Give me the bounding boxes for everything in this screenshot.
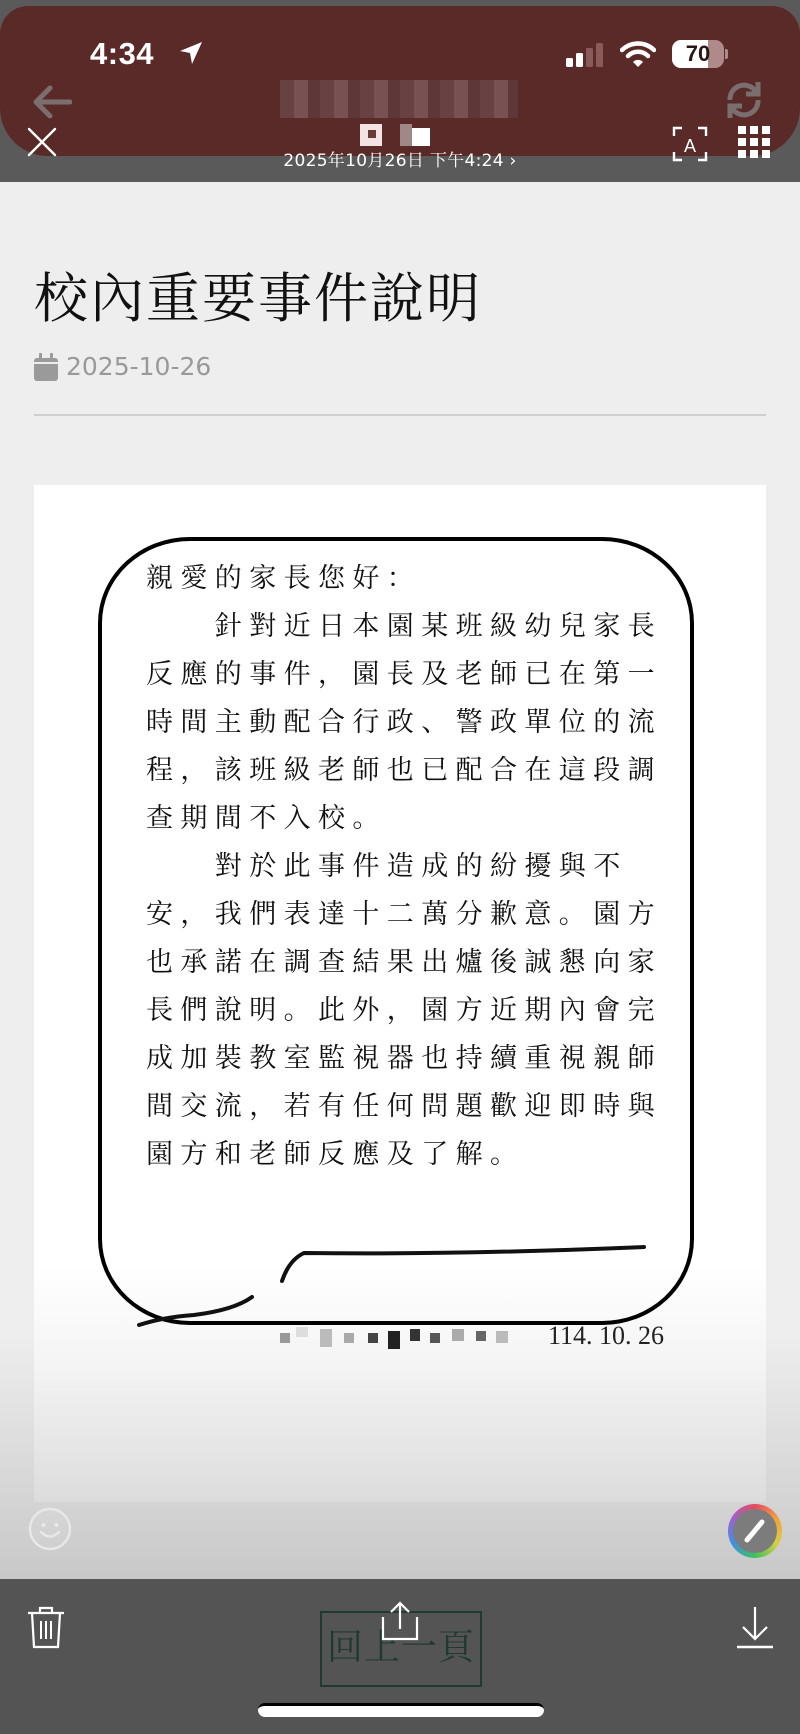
letter-line: 親愛的家長您好： (146, 555, 666, 603)
image-viewer-content: 校內重要事件說明 2025-10-26 親愛的家長您好： 針對近日本園某班級幼兒… (0, 182, 800, 1579)
page-title: 校內重要事件說明 (34, 256, 482, 333)
signature-date: 114. 10. 26 (548, 1321, 664, 1351)
letter-line: 查期間不入校。 (146, 795, 666, 843)
bottom-toolbar: 回上一頁 (0, 1579, 800, 1734)
back-arrow-icon[interactable] (32, 84, 72, 120)
article-date: 2025-10-26 (34, 352, 211, 381)
smiley-icon[interactable] (28, 1507, 72, 1551)
calendar-icon (34, 353, 58, 381)
refresh-icon[interactable] (722, 78, 766, 122)
divider (34, 414, 766, 416)
letter-line: 安，我們表達十二萬分歉意。園方 (146, 891, 666, 939)
letter-line: 對於此事件造成的紛擾與不 (146, 843, 666, 891)
redacted-signature (280, 1323, 544, 1349)
battery-percent: 70 (672, 40, 724, 68)
cellular-signal-icon (566, 43, 608, 67)
letter-line: 也承諾在調查結果出爐後誠懇向家 (146, 939, 666, 987)
share-icon[interactable] (380, 1601, 420, 1645)
live-text-icon[interactable]: A (672, 126, 708, 162)
trash-icon[interactable] (26, 1605, 66, 1649)
viewer-header: 4:34 70 2025年10月26日 下午4:24 › (0, 0, 800, 182)
article-date-text: 2025-10-26 (66, 352, 211, 381)
letter-image: 親愛的家長您好： 針對近日本園某班級幼兒家長 反應的事件，園長及老師已在第一 時… (34, 485, 766, 1502)
download-icon[interactable] (735, 1605, 775, 1649)
svg-text:A: A (684, 136, 696, 156)
status-time: 4:34 (90, 36, 154, 72)
letter-signature: 114. 10. 26 (280, 1321, 664, 1351)
redacted-sender-name (280, 80, 518, 118)
grid-icon[interactable] (738, 126, 770, 158)
letter-line: 時間主動配合行政、警政單位的流 (146, 699, 666, 747)
letter-line: 長們說明。此外，園方近期內會完 (146, 987, 666, 1035)
letter-line: 間交流，若有任何問題歡迎即時與 (146, 1083, 666, 1131)
letter-body: 親愛的家長您好： 針對近日本園某班級幼兒家長 反應的事件，園長及老師已在第一 時… (146, 555, 666, 1179)
battery-indicator: 70 (672, 40, 728, 68)
wifi-icon (620, 40, 656, 68)
letter-line: 反應的事件，園長及老師已在第一 (146, 651, 666, 699)
markup-button[interactable] (728, 1504, 782, 1558)
pencil-icon (733, 1509, 777, 1553)
letter-line: 針對近日本園某班級幼兒家長 (146, 603, 666, 651)
letter-line: 園方和老師反應及了解。 (146, 1131, 666, 1179)
home-indicator[interactable] (258, 1703, 544, 1717)
letter-line: 程，該班級老師也已配合在這段調 (146, 747, 666, 795)
location-arrow-icon (178, 40, 204, 66)
letter-line: 成加裝教室監視器也持續重視親師 (146, 1035, 666, 1083)
redacted-sender-subtitle (360, 124, 432, 146)
